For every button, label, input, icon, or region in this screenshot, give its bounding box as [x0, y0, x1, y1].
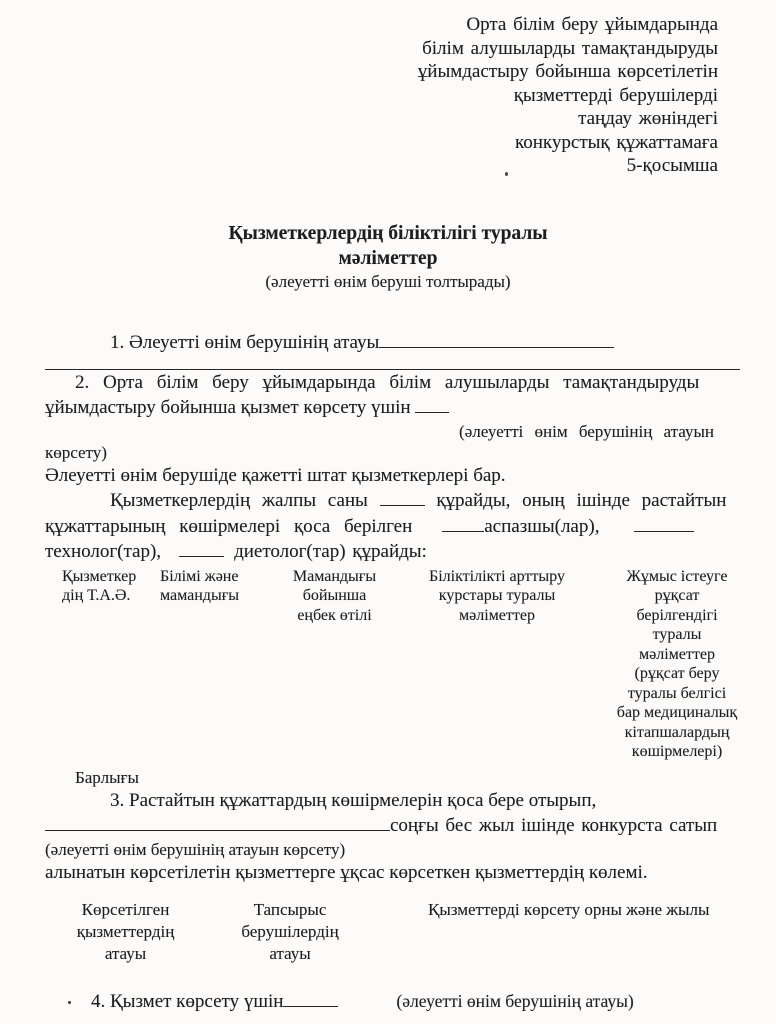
similar-services-table: Көрсетілгенқызметтердіңатауы Тапсырыс бе…	[45, 899, 740, 977]
table1-header-line: Біліктілікті арттыру	[412, 567, 582, 587]
item-2-line-2: ұйымдастыру бойынша қызмет көрсету үшін	[45, 395, 740, 421]
table1-col-training-courses: Біліктілікті арттырукурстары туралымәлім…	[412, 567, 582, 626]
page-title-subtitle: (әлеуетті өнім беруші толтырады)	[0, 271, 776, 293]
staff-count-line-3: технолог(тар),диетолог(тар) құрайды:	[45, 539, 740, 565]
table1-col-work-permit: Жұмыс істеугерұқсатберілгендігітуралымәл…	[602, 567, 752, 762]
item-1-label: 1. Әлеуетті өнім берушінің атауы	[110, 332, 379, 353]
staff-count-text-1: Қызметкерлердің жалпы саны	[110, 490, 368, 511]
table2-header-line: Қызметтерді көрсету орны және жылы	[428, 899, 758, 921]
table2-col-service-name: Көрсетілгенқызметтердіңатауы	[68, 899, 183, 965]
table1-header-line: Білімі және	[160, 567, 265, 587]
fill-in-blank-supplier-name	[379, 331, 614, 348]
fill-in-blank-supplier-name-3	[283, 990, 338, 1007]
staff-count-text-2: құрайды, оның ішінде растайтын	[436, 490, 726, 511]
table1-total-label: Барлығы	[75, 767, 740, 788]
item-4-note: (әлеуетті өнім берушінің атауы)	[396, 991, 633, 1011]
item-2-text-2: ұйымдастыру бойынша қызмет көрсету үшін	[45, 397, 411, 418]
table1-col-employee-name: Қызметкердің Т.А.Ә.	[62, 567, 162, 606]
fill-in-blank-small	[415, 396, 449, 413]
fill-in-blank-dietologists	[179, 540, 224, 557]
appendix-header-line: таңдау жөніндегі	[418, 107, 718, 131]
appendix-header-line: Орта білім беру ұйымдарында	[418, 13, 718, 37]
scan-artifact-dot	[68, 1001, 71, 1004]
fill-in-blank-total-count	[380, 489, 425, 506]
table1-header-line: Қызметкер	[62, 567, 162, 587]
item-3-note: (әлеуетті өнім берушінің атауын көрсету)	[45, 839, 740, 860]
table2-header-line: Көрсетілген	[68, 899, 183, 921]
item-4-label: 4. Қызмет көрсету үшін	[91, 991, 283, 1012]
table1-col-education: Білімі жәнемамандығы	[160, 567, 265, 606]
fill-in-blank-technologists	[634, 514, 694, 531]
item-4-line: 4. Қызмет көрсету үшін(әлеуетті өнім бер…	[45, 989, 740, 1015]
appendix-header-note: Орта білім беру ұйымдарындабілім алушыла…	[418, 13, 718, 178]
table1-header-line: бар медициналық	[602, 703, 752, 723]
document-body: 1. Әлеуетті өнім берушінің атауы 2. Орта…	[45, 330, 740, 1015]
table2-header-line: атауы	[205, 943, 375, 965]
page-title-line-1: Қызметкерлердің біліктілігі туралы	[0, 221, 776, 246]
table1-header-line: (рұқсат беру	[602, 664, 752, 684]
item-1-line: 1. Әлеуетті өнім берушінің атауы	[45, 330, 740, 356]
fill-in-blank-supplier-name-2	[45, 814, 390, 831]
table1-header-line: көшірмелері)	[602, 742, 752, 762]
item-3-text-2: соңғы бес жыл ішінде конкурста сатып	[390, 815, 717, 836]
table2-header-line: Тапсырыс берушілердің	[205, 899, 375, 943]
table1-header-line: дің Т.А.Ә.	[62, 586, 162, 606]
table1-col-work-experience: Мамандығыбойыншаеңбек өтілі	[277, 567, 392, 626]
table2-col-place-year: Қызметтерді көрсету орны және жылы	[428, 899, 758, 921]
table2-header-line: қызметтердің	[68, 921, 183, 943]
table1-header-line: туралы белгісі	[602, 684, 752, 704]
appendix-header-line: 5-қосымша	[418, 154, 718, 178]
item-3-line-2: соңғы бес жыл ішінде конкурста сатып	[45, 813, 740, 839]
item-2-note-line-1: (әлеуетті өнім берушінің атауын	[45, 421, 740, 442]
table1-header-line: туралы	[602, 625, 752, 645]
table1-header-line: Мамандығы	[277, 567, 392, 587]
table1-header-line: курстары туралы	[412, 586, 582, 606]
fill-in-blank-cooks	[442, 514, 484, 531]
table1-header-line: мәліметтер	[602, 645, 752, 665]
table1-header-line: кітапшалардың	[602, 723, 752, 743]
table1-header-line: рұқсат	[602, 586, 752, 606]
table1-header-line: еңбек өтілі	[277, 606, 392, 626]
document-title-block: Қызметкерлердің біліктілігі туралы мәлім…	[0, 221, 776, 293]
appendix-header-line: қызметтерді берушілерді	[418, 84, 718, 108]
staff-count-line-1: Қызметкерлердің жалпы саны құрайды, оның…	[45, 488, 740, 514]
page-title-line-2: мәліметтер	[0, 246, 776, 271]
table2-header-line: атауы	[68, 943, 183, 965]
staff-count-text-6: диетолог(тар) құрайды:	[234, 541, 427, 562]
table1-header-line: Жұмыс істеуге	[602, 567, 752, 587]
scanned-document-page: Орта білім беру ұйымдарындабілім алушыла…	[0, 0, 776, 1024]
item-3-line-1: 3. Растайтын құжаттардың көшірмелерін қо…	[45, 788, 740, 814]
scan-artifact-dot	[505, 172, 508, 176]
staff-availability-line: Әлеуетті өнім берушіде қажетті штат қызм…	[45, 463, 740, 489]
item-2-text-1: 2. Орта білім беру ұйымдарында білім алу…	[75, 372, 699, 393]
table1-header-line: мәліметтер	[412, 606, 582, 626]
staff-qualification-table: Қызметкердің Т.А.Ә. Білімі жәнемамандығы…	[45, 567, 740, 767]
item-3-line-3: алынатын көрсетілетін қызметтерге ұқсас …	[45, 860, 740, 886]
appendix-header-line: ұйымдастыру бойынша көрсетілетін	[418, 60, 718, 84]
item-2-line-1: 2. Орта білім беру ұйымдарында білім алу…	[45, 370, 740, 396]
staff-count-text-3: құжаттарының көшірмелері қоса берілген	[45, 516, 412, 537]
item-2-note-line-2: көрсету)	[45, 442, 740, 463]
table1-header-line: берілгендігі	[602, 606, 752, 626]
appendix-header-line: білім алушыларды тамақтандыруды	[418, 37, 718, 61]
staff-count-line-2: құжаттарының көшірмелері қоса берілгенас…	[45, 514, 740, 540]
table2-col-customer-name: Тапсырыс берушілердіңатауы	[205, 899, 375, 965]
staff-count-text-5: технолог(тар),	[45, 541, 161, 562]
appendix-header-line: конкурстық құжаттамаға	[418, 131, 718, 155]
staff-count-text-4: аспазшы(лар),	[484, 516, 599, 537]
table1-header-line: бойынша	[277, 586, 392, 606]
table1-header-line: мамандығы	[160, 586, 265, 606]
